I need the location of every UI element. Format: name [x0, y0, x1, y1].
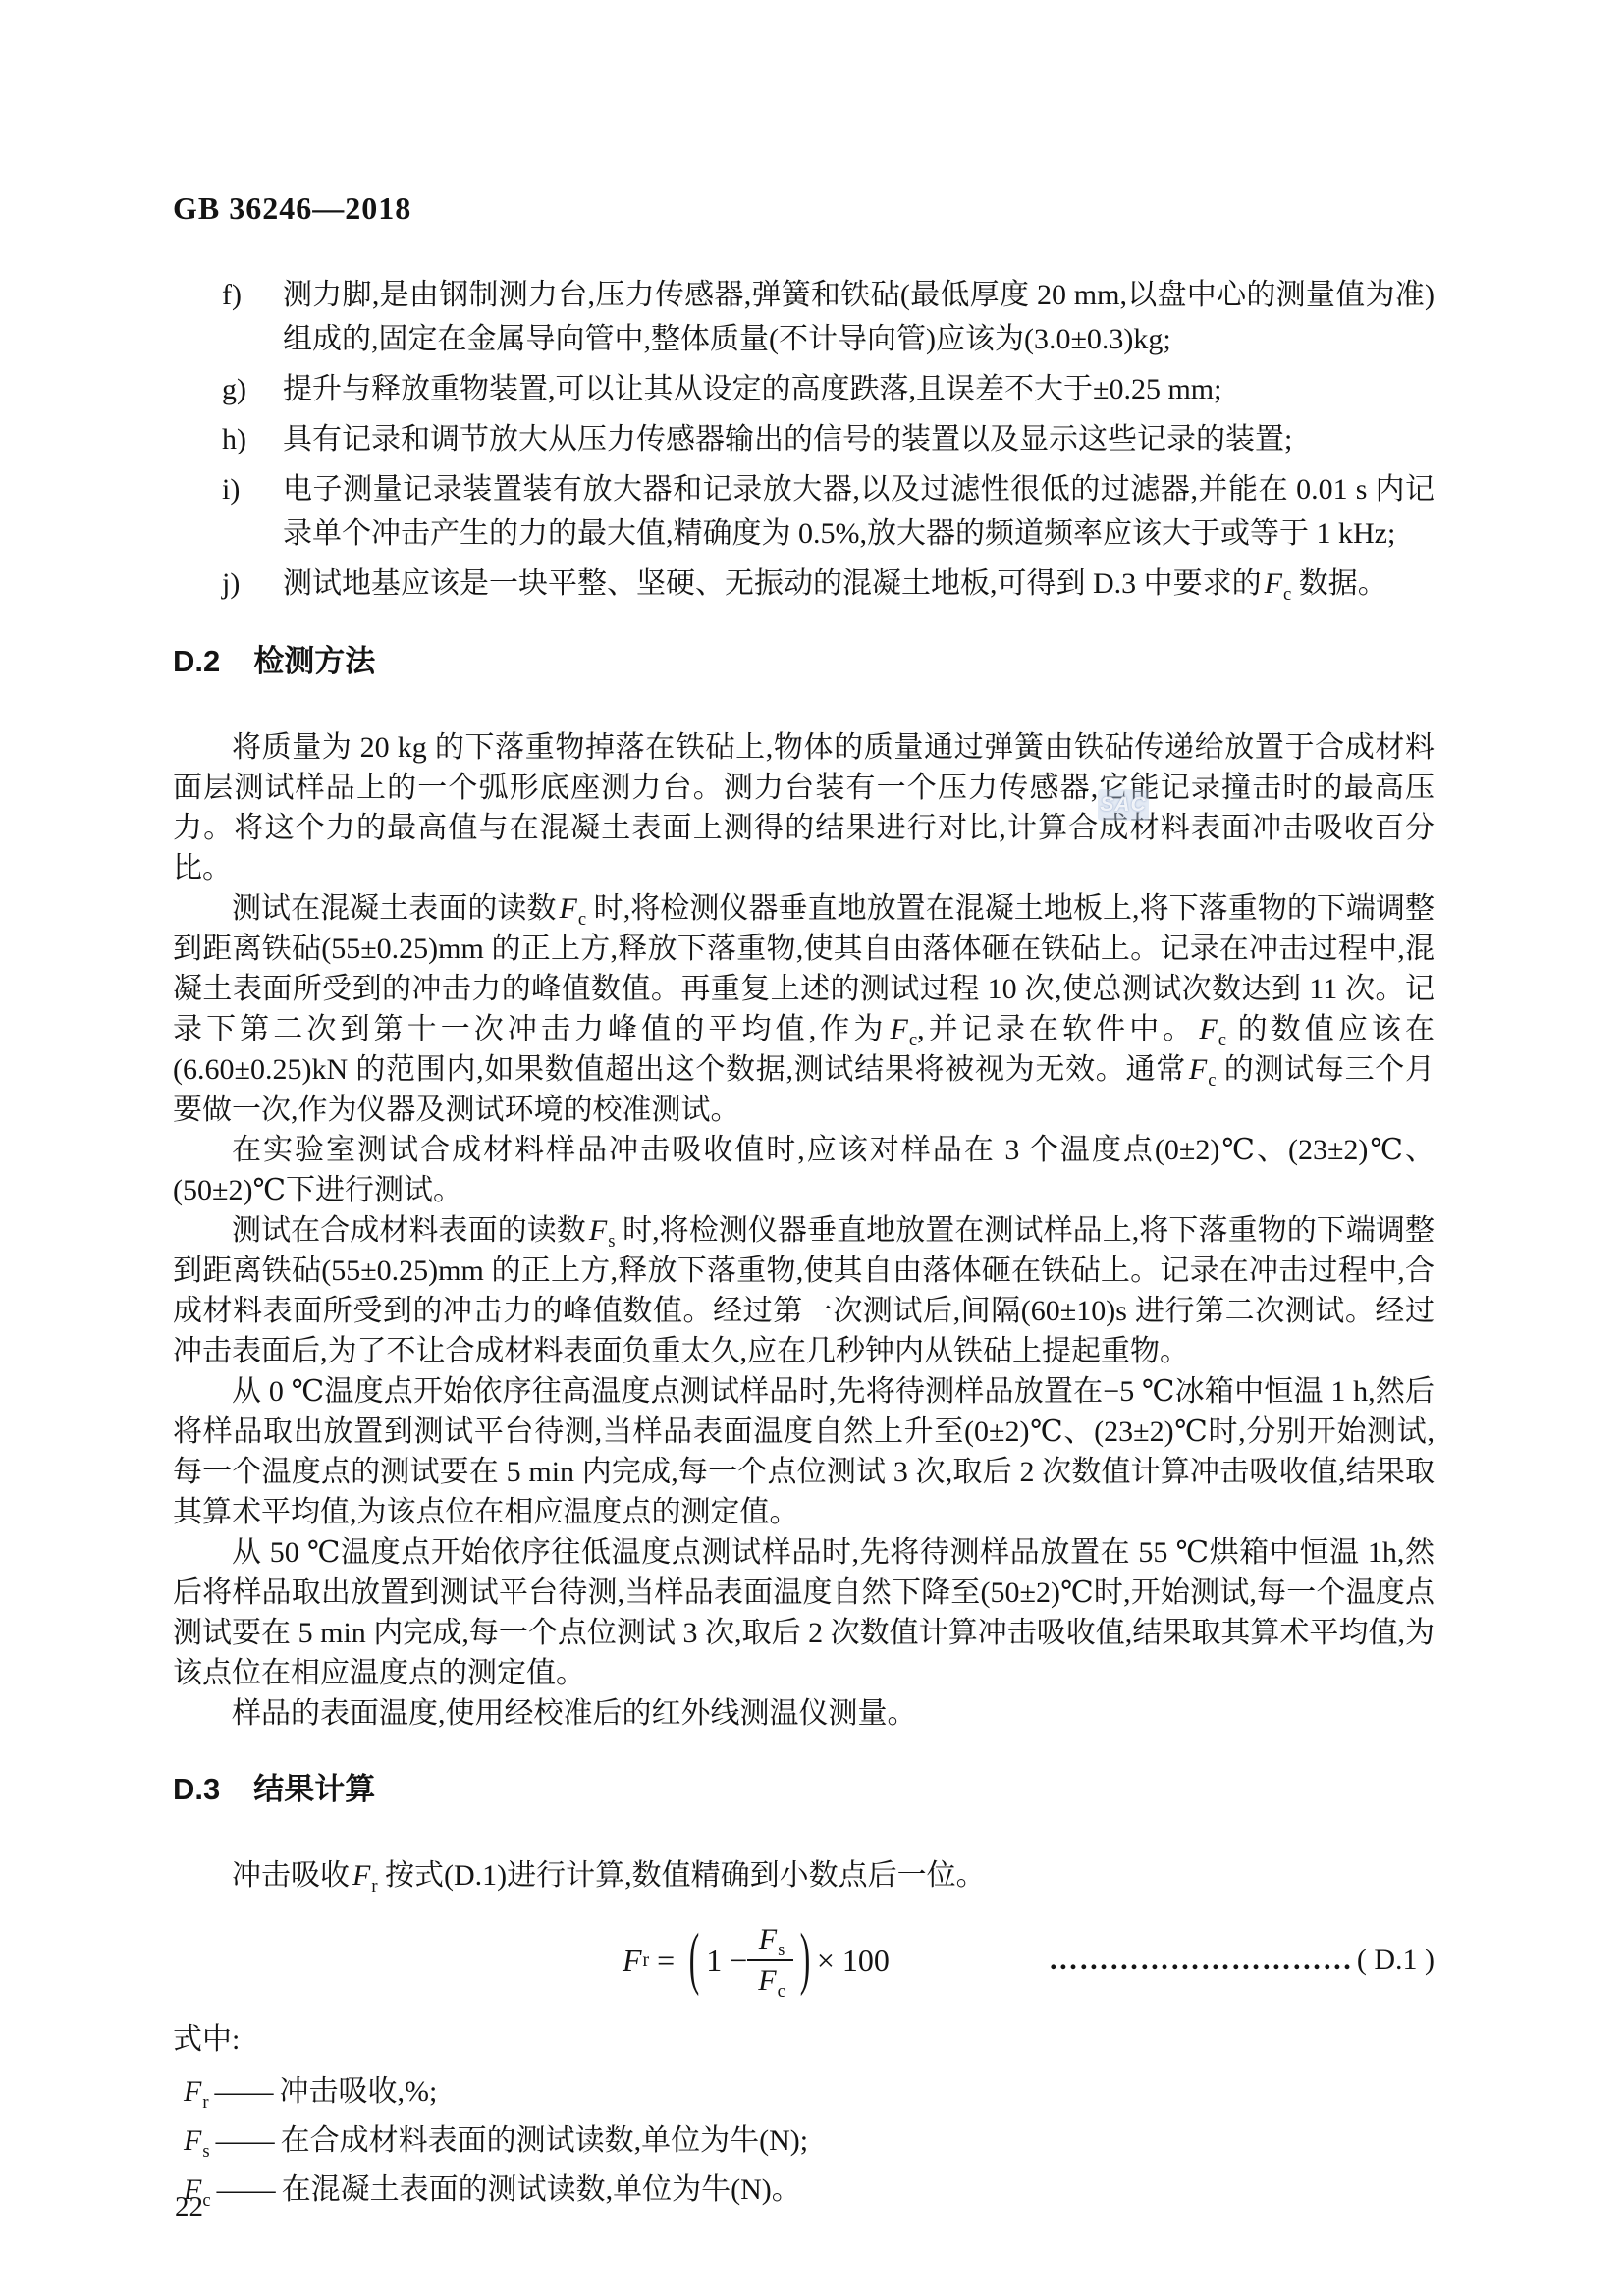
math-variable: F	[557, 892, 578, 925]
formula-d1: Fr = ( 1 − Fs Fc ) × 100	[620, 1923, 890, 1998]
math-subscript: c	[1283, 584, 1291, 605]
dot-leader: …………………………	[1049, 1944, 1353, 1977]
math-variable: F	[620, 1943, 643, 1979]
paragraph: 从 0 ℃温度点开始依序往高温度点测试样品时,先将待测样品放置在−5 ℃冰箱中恒…	[173, 1371, 1435, 1532]
formula-d1-row: Fr = ( 1 − Fs Fc ) × 100 ………………………… ( D.…	[173, 1923, 1435, 1998]
sac-watermark: SAC	[1098, 789, 1149, 821]
formula-reference-group: ………………………… ( D.1 )	[1049, 1944, 1435, 1977]
math-subscript: r	[202, 2092, 208, 2112]
formula-intro-paragraph: 冲击吸收Fr 按式(D.1)进行计算,数值精确到小数点后一位。	[173, 1855, 1435, 1896]
definition-dash: ——	[209, 2075, 280, 2108]
definition-dash: ——	[210, 2124, 281, 2157]
formula-reference: ( D.1 )	[1353, 1944, 1435, 1977]
close-paren: )	[792, 1921, 817, 2000]
definition-text: 冲击吸收,%;	[280, 2075, 438, 2108]
list-item-g: g) 提升与释放重物装置,可以让其从设定的高度跌落,且误差不大于±0.25 mm…	[173, 367, 1435, 411]
list-item-label: j)	[222, 561, 240, 606]
definition-text: 在混凝土表面的测试读数,单位为牛(N)。	[282, 2173, 801, 2206]
math-subscript: c	[909, 1030, 917, 1050]
page-content: GB 36246—2018 f) 测力脚,是由钢制测力台,压力传感器,弹簧和铁砧…	[173, 188, 1435, 2215]
paragraph: 测试在合成材料表面的读数Fs 时,将检测仪器垂直地放置在测试样品上,将下落重物的…	[173, 1210, 1435, 1371]
paragraph: 将质量为 20 kg 的下落重物掉落在铁砧上,物体的质量通过弹簧由铁砧传递给放置…	[173, 727, 1435, 888]
paragraph: 从 50 ℃温度点开始依序往低温度点测试样品时,先将待测样品放置在 55 ℃烘箱…	[173, 1532, 1435, 1693]
math-subscript: c	[1218, 1030, 1226, 1050]
list-item-text: 提升与释放重物装置,可以让其从设定的高度跌落,且误差不大于±0.25 mm;	[283, 373, 1221, 405]
list-item-j: j) 测试地基应该是一块平整、坚硬、无振动的混凝土地板,可得到 D.3 中要求的…	[173, 561, 1435, 606]
definition-row-fc: Fc——在混凝土表面的测试读数,单位为牛(N)。	[173, 2165, 1435, 2215]
paragraph: 样品的表面温度,使用经校准后的红外线测温仪测量。	[173, 1693, 1435, 1734]
list-item-h: h) 具有记录和调节放大从压力传感器输出的信号的装置以及显示这些记录的装置;	[173, 417, 1435, 461]
section-number: D.2	[173, 644, 220, 678]
math-subscript: r	[371, 1876, 377, 1896]
math-variable: F	[756, 1923, 778, 1955]
fraction: Fs Fc	[747, 1923, 793, 1998]
math-subscript: s	[608, 1231, 615, 1252]
paragraph: 测试在混凝土表面的读数Fc 时,将检测仪器垂直地放置在混凝土地板上,将下落重物的…	[173, 888, 1435, 1130]
paragraph: 在实验室测试合成材料样品冲击吸收值时,应该对样品在 3 个温度点(0±2)℃、(…	[173, 1130, 1435, 1210]
open-paren: (	[682, 1921, 707, 2000]
apparatus-requirements-list: f) 测力脚,是由钢制测力台,压力传感器,弹簧和铁砧(最低厚度 20 mm,以盘…	[173, 273, 1435, 606]
fraction-denominator: Fc	[747, 1961, 793, 1998]
definition-row-fs: Fs——在合成材料表面的测试读数,单位为牛(N);	[173, 2116, 1435, 2165]
definition-row-fr: Fr——冲击吸收,%;	[173, 2067, 1435, 2116]
definition-dash: ——	[211, 2173, 282, 2206]
math-variable: F	[755, 1964, 777, 1997]
list-item-text: 具有记录和调节放大从压力传感器输出的信号的装置以及显示这些记录的装置;	[283, 423, 1292, 455]
section-heading-d3: D.3结果计算	[173, 1769, 1435, 1810]
document-page: { "document": { "header": "GB 36246—2018…	[0, 0, 1624, 2296]
list-item-text: 测试地基应该是一块平整、坚硬、无振动的混凝土地板,可得到 D.3 中要求的Fc …	[283, 567, 1387, 600]
math-subscript: c	[202, 2190, 210, 2211]
section-title: 检测方法	[253, 644, 375, 678]
math-variable: F	[887, 1013, 908, 1045]
math-variable: F	[181, 2075, 202, 2108]
equals-sign: =	[649, 1943, 682, 1979]
one-minus: 1 −	[706, 1943, 747, 1979]
list-item-label: g)	[222, 367, 246, 411]
list-item-label: h)	[222, 417, 246, 461]
math-variable: F	[1196, 1013, 1218, 1045]
math-variable: F	[586, 1214, 608, 1247]
list-item-text: 电子测量记录装置装有放大器和记录放大器,以及过滤性很低的过滤器,并能在 0.01…	[283, 473, 1435, 550]
where-clause-label: 式中:	[173, 2019, 1435, 2059]
math-subscript: s	[778, 1940, 785, 1960]
multiplier: × 100	[817, 1943, 890, 1979]
math-variable: F	[1262, 567, 1283, 600]
section-title: 结果计算	[253, 1772, 375, 1806]
math-subscript: c	[578, 909, 586, 930]
list-item-f: f) 测力脚,是由钢制测力台,压力传感器,弹簧和铁砧(最低厚度 20 mm,以盘…	[173, 273, 1435, 361]
math-subscript: c	[1208, 1070, 1216, 1091]
list-item-i: i) 电子测量记录装置装有放大器和记录放大器,以及过滤性很低的过滤器,并能在 0…	[173, 467, 1435, 556]
math-subscript: s	[202, 2141, 209, 2162]
math-variable: F	[181, 2124, 202, 2157]
section-heading-d2: D.2检测方法	[173, 641, 1435, 682]
standard-number-header: GB 36246—2018	[173, 188, 1435, 228]
page-number: 22	[175, 2191, 203, 2223]
definition-text: 在合成材料表面的测试读数,单位为牛(N);	[281, 2124, 808, 2157]
scanned-standard-page: GB 36246—2018 f) 测力脚,是由钢制测力台,压力传感器,弹簧和铁砧…	[0, 0, 1624, 2296]
math-subscript: c	[778, 1981, 785, 2002]
list-item-text: 测力脚,是由钢制测力台,压力传感器,弹簧和铁砧(最低厚度 20 mm,以盘中心的…	[283, 279, 1435, 355]
section-number: D.3	[173, 1772, 220, 1806]
list-item-label: i)	[222, 467, 240, 511]
fraction-numerator: Fs	[747, 1923, 793, 1961]
math-variable: F	[1186, 1053, 1208, 1086]
math-variable: F	[350, 1859, 371, 1892]
list-item-label: f)	[222, 273, 242, 317]
